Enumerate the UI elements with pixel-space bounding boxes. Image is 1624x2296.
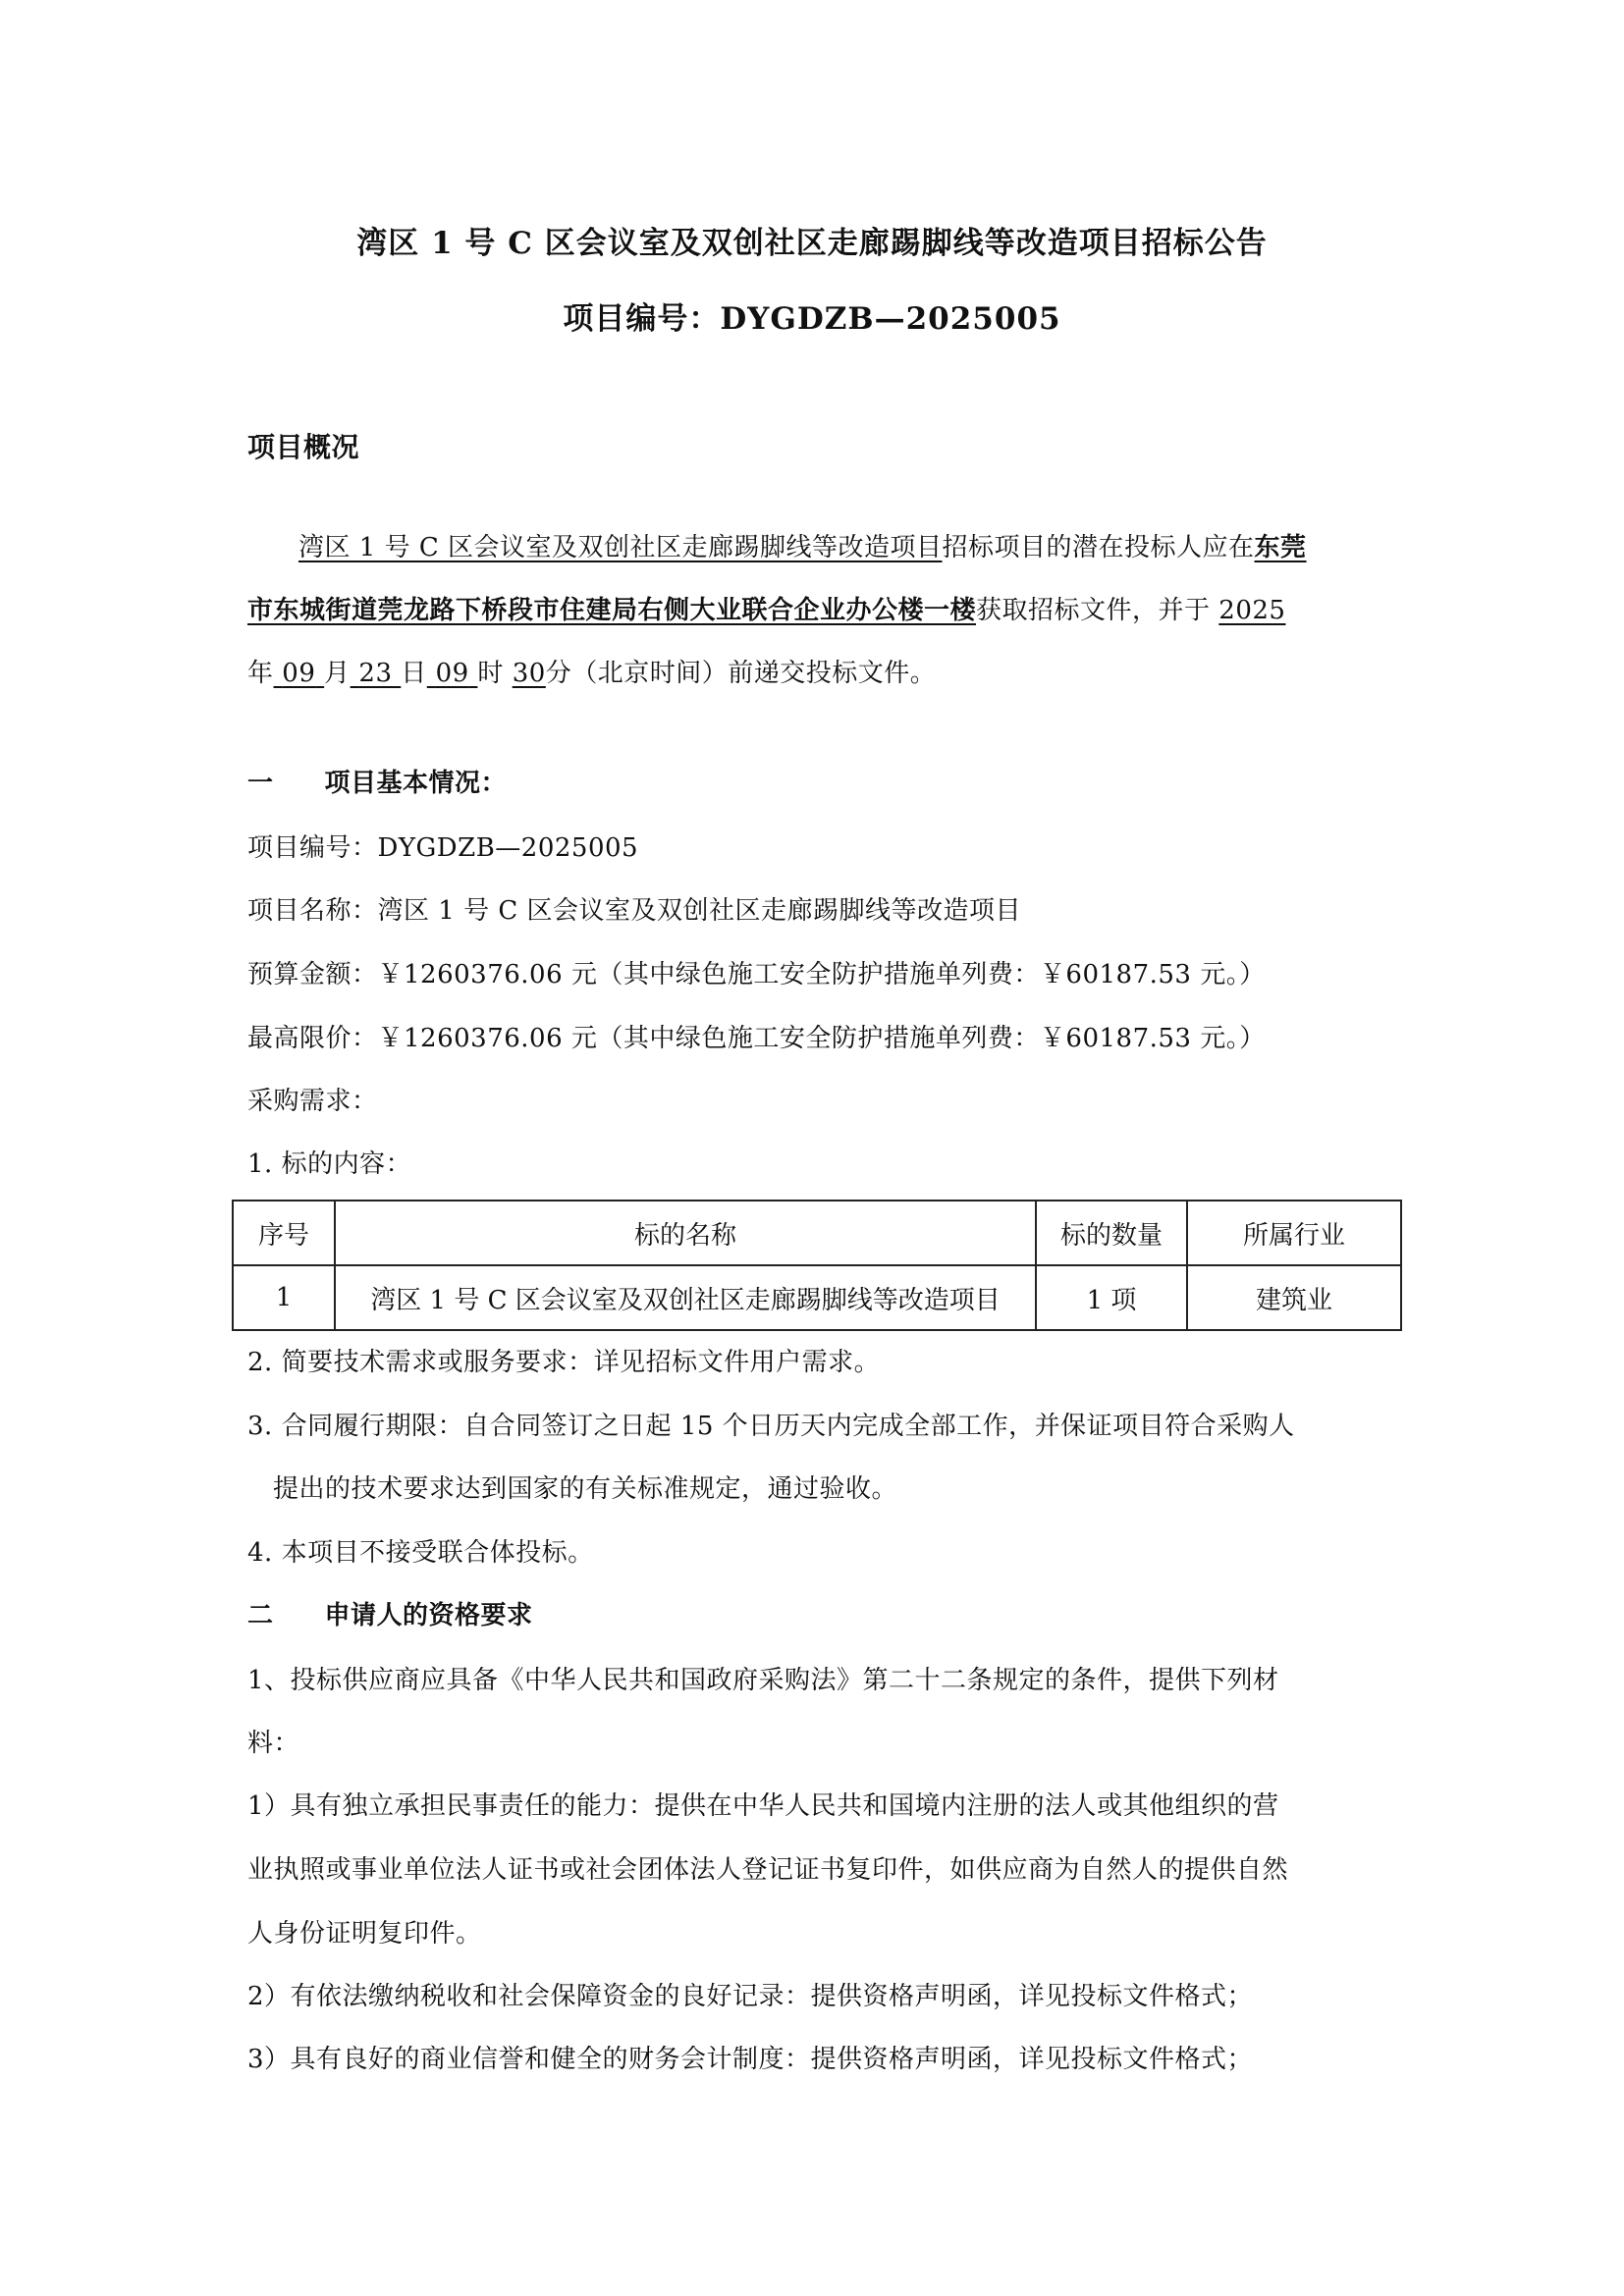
item1-label: 1. 标的内容： (247, 1147, 411, 1182)
section1-title: 项目基本情况： (325, 769, 508, 798)
max-price: 最高限价：￥1260376.06 元（其中绿色施工安全防护措施单列费：￥6018… (247, 1021, 1266, 1056)
sub1-line2: 业执照或事业单位法人证书或社会团体法人登记证书复印件，如供应商为自然人的提供自然 (247, 1852, 1288, 1888)
table-header: 标的名称 (335, 1201, 1036, 1265)
table-cell: 湾区 1 号 C 区会议室及双创社区走廊踢脚线等改造项目 (335, 1265, 1036, 1330)
item3-line1: 3. 合同履行期限：自合同签订之日起 15 个日历天内完成全部工作，并保证项目符… (247, 1409, 1295, 1444)
project-name: 项目名称：湾区 1 号 C 区会议室及双创社区走廊踢脚线等改造项目 (247, 893, 1021, 929)
document-title: 湾区 1 号 C 区会议室及双创社区走廊踢脚线等改造项目招标公告 (0, 224, 1624, 263)
req1-line2: 料： (247, 1726, 299, 1761)
table-header: 所属行业 (1187, 1201, 1401, 1265)
overview-project-name: 湾区 1 号 C 区会议室及双创社区走廊踢脚线等改造项目 (298, 533, 943, 562)
section2-number: 二 (247, 1601, 274, 1630)
section2-heading: 二申请人的资格要求 (247, 1598, 533, 1633)
overview-heading: 项目概况 (247, 430, 359, 465)
req1-line1: 1、投标供应商应具备《中华人民共和国政府采购法》第二十二条规定的条件，提供下列材 (247, 1663, 1279, 1698)
deadline-month: 09 (274, 659, 325, 688)
deadline-day: 23 (351, 659, 402, 688)
project-code: 项目编号：DYGDZB—2025005 (247, 830, 638, 866)
deadline-hour: 09 (427, 659, 478, 688)
item3-line2: 提出的技术要求达到国家的有关标准规定，通过验收。 (273, 1471, 897, 1507)
sub3: 3）具有良好的商业信誉和健全的财务会计制度：提供资格声明函，详见投标文件格式； (247, 2042, 1253, 2077)
overview-line-2: 市东城街道莞龙路下桥段市住建局右侧大业联合企业办公楼一楼获取招标文件，并于 20… (247, 593, 1285, 628)
month-value: 09 (282, 659, 315, 688)
item4: 4. 本项目不接受联合体投标。 (247, 1535, 594, 1571)
deadline-minute: 30 (513, 659, 546, 688)
document-page: 湾区 1 号 C 区会议室及双创社区走廊踢脚线等改造项目招标公告 项目编号：DY… (0, 0, 1624, 2296)
deadline-year: 2025 (1218, 596, 1285, 625)
overview-text: 招标项目的潜在投标人应在 (943, 533, 1255, 562)
sub1-line3: 人身份证明复印件。 (247, 1916, 482, 1951)
hour-unit: 时 (477, 659, 504, 688)
table-row: 1 湾区 1 号 C 区会议室及双创社区走廊踢脚线等改造项目 1 项 建筑业 (233, 1265, 1401, 1330)
procurement-needs: 采购需求： (247, 1084, 378, 1119)
section2-title: 申请人的资格要求 (325, 1601, 533, 1630)
section1-heading: 一项目基本情况： (247, 766, 507, 801)
table-cell: 建筑业 (1187, 1265, 1401, 1330)
section1-number: 一 (247, 769, 274, 798)
overview-address-part2: 市东城街道莞龙路下桥段市住建局右侧大业联合企业办公楼一楼 (247, 596, 976, 625)
sub1-line1: 1）具有独立承担民事责任的能力：提供在中华人民共和国境内注册的法人或其他组织的营 (247, 1789, 1279, 1824)
day-unit: 日 (401, 659, 427, 688)
overview-line-1: 湾区 1 号 C 区会议室及双创社区走廊踢脚线等改造项目招标项目的潜在投标人应在… (298, 530, 1307, 565)
table-header-row: 序号 标的名称 标的数量 所属行业 (233, 1201, 1401, 1265)
table-header: 标的数量 (1036, 1201, 1187, 1265)
overview-text-2: 获取招标文件，并于 (976, 596, 1211, 625)
sub2: 2）有依法缴纳税收和社会保障资金的良好记录：提供资格声明函，详见投标文件格式； (247, 1979, 1253, 2014)
project-code-heading: 项目编号：DYGDZB—2025005 (0, 299, 1624, 339)
overview-address-part1: 东莞 (1255, 533, 1307, 562)
month-unit: 月 (324, 659, 351, 688)
year-unit: 年 (247, 659, 274, 688)
table-cell: 1 项 (1036, 1265, 1187, 1330)
day-value: 23 (358, 659, 392, 688)
minute-unit: 分（北京时间）前递交投标文件。 (546, 659, 937, 688)
item2: 2. 简要技术需求或服务要求：详见招标文件用户需求。 (247, 1345, 880, 1380)
overview-line-3: 年 09 月 23 日 09 时 30分（北京时间）前递交投标文件。 (247, 656, 936, 691)
items-table: 序号 标的名称 标的数量 所属行业 1 湾区 1 号 C 区会议室及双创社区走廊… (232, 1200, 1402, 1331)
table-header: 序号 (233, 1201, 335, 1265)
hour-value: 09 (436, 659, 469, 688)
table-cell: 1 (233, 1265, 335, 1330)
budget-amount: 预算金额：￥1260376.06 元（其中绿色施工安全防护措施单列费：￥6018… (247, 957, 1266, 992)
